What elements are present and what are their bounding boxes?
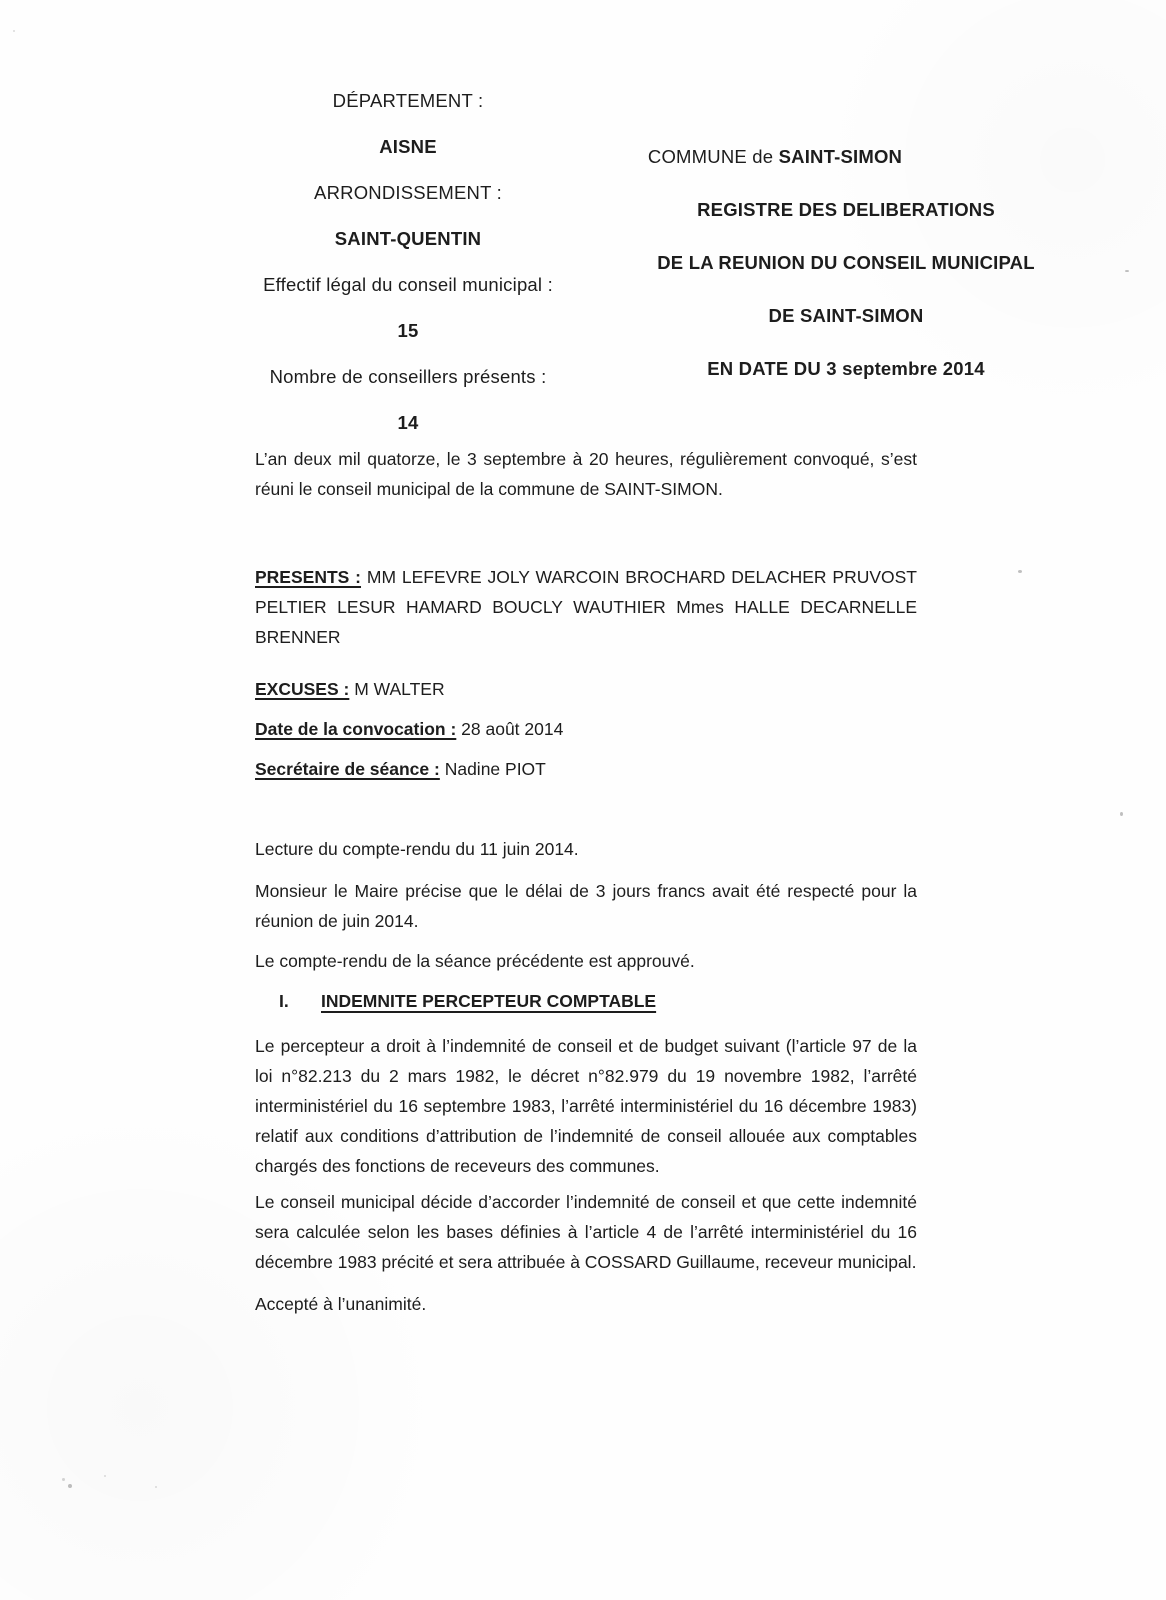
conseillers-presents-value: 14 (228, 412, 588, 434)
header-left-column: DÉPARTEMENT : AISNE ARRONDISSEMENT : SAI… (228, 90, 588, 458)
effectif-legal-label: Effectif légal du conseil municipal : (228, 274, 588, 296)
convocation-line: Date de la convocation : 28 août 2014 (255, 714, 917, 744)
registre-title-line-3: DE SAINT-SIMON (618, 305, 1074, 327)
maire-paragraph: Monsieur le Maire précise que le délai d… (255, 876, 917, 936)
header-right-column: COMMUNE de SAINT-SIMON REGISTRE DES DELI… (618, 146, 1074, 411)
intro-paragraph: L’an deux mil quatorze, le 3 septembre à… (255, 444, 917, 504)
section1-heading: I. INDEMNITE PERCEPTEUR COMPTABLE (255, 986, 917, 1016)
section1-title: INDEMNITE PERCEPTEUR COMPTABLE (321, 986, 656, 1016)
scan-speckle (13, 30, 15, 32)
departement-value: AISNE (228, 136, 588, 158)
registre-title-line-2: DE LA REUNION DU CONSEIL MUNICIPAL (618, 252, 1074, 274)
scan-speckle (155, 1486, 157, 1488)
secretary-label: Secrétaire de séance : (255, 759, 440, 779)
scan-speckle (1018, 570, 1022, 573)
scan-speckle (1125, 270, 1129, 272)
lecture-paragraph: Lecture du compte-rendu du 11 juin 2014. (255, 834, 917, 864)
secretary-line: Secrétaire de séance : Nadine PIOT (255, 754, 917, 784)
section1-number: I. (255, 986, 321, 1016)
scan-speckle (68, 1484, 72, 1488)
excuses-value: M WALTER (349, 679, 444, 699)
effectif-legal-value: 15 (228, 320, 588, 342)
approval-paragraph: Le compte-rendu de la séance précédente … (255, 946, 917, 976)
scanned-document-page: DÉPARTEMENT : AISNE ARRONDISSEMENT : SAI… (0, 0, 1166, 1600)
departement-label: DÉPARTEMENT : (228, 90, 588, 112)
convocation-value: 28 août 2014 (456, 719, 563, 739)
commune-prefix: COMMUNE de (648, 146, 779, 167)
scan-speckle (104, 1475, 106, 1477)
excuses-line: EXCUSES : M WALTER (255, 674, 917, 704)
document-body: L’an deux mil quatorze, le 3 septembre à… (255, 444, 917, 1331)
presents-paragraph: PRESENTS : MM LEFEVRE JOLY WARCOIN BROCH… (255, 562, 917, 652)
section1-paragraph-2: Le conseil municipal décide d’accorder l… (255, 1187, 917, 1277)
acceptance-paragraph: Accepté à l’unanimité. (255, 1289, 917, 1319)
convocation-label: Date de la convocation : (255, 719, 456, 739)
commune-name: SAINT-SIMON (779, 146, 902, 167)
arrondissement-value: SAINT-QUENTIN (228, 228, 588, 250)
scan-speckle (1120, 812, 1123, 816)
arrondissement-label: ARRONDISSEMENT : (228, 182, 588, 204)
registre-title-line-1: REGISTRE DES DELIBERATIONS (618, 199, 1074, 221)
commune-line: COMMUNE de SAINT-SIMON (618, 146, 1074, 168)
presents-label: PRESENTS : (255, 567, 361, 587)
secretary-value: Nadine PIOT (440, 759, 546, 779)
excuses-label: EXCUSES : (255, 679, 349, 699)
section1-paragraph-1: Le percepteur a droit à l’indemnité de c… (255, 1031, 917, 1181)
scan-speckle (62, 1478, 65, 1481)
conseillers-presents-label: Nombre de conseillers présents : (228, 366, 588, 388)
registre-title-line-4: EN DATE DU 3 septembre 2014 (618, 358, 1074, 380)
